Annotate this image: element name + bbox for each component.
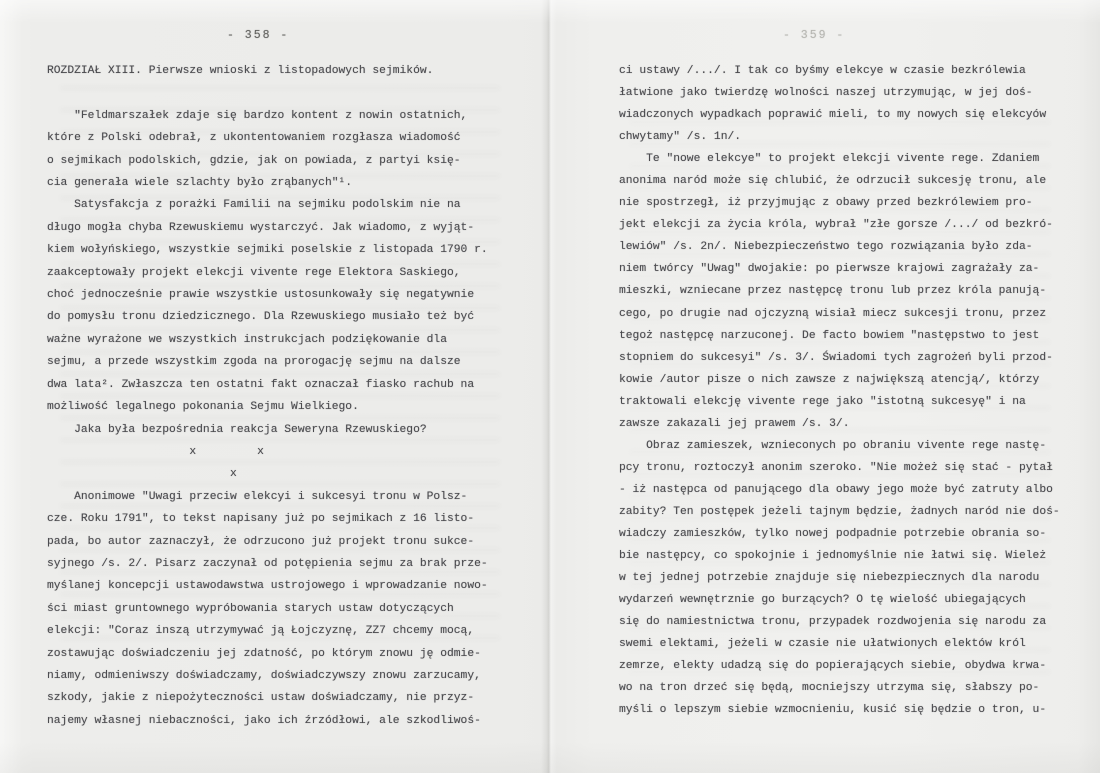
text-line: cze. Roku 1791", to tekst napisany już p… bbox=[47, 508, 488, 530]
book-scan: - 358 - - 359 - ROZDZIAŁ XIII. Pierwsze … bbox=[0, 0, 1100, 773]
text-line: Jaka była bezpośrednia reakcja Seweryna … bbox=[47, 419, 488, 441]
page-number-right: - 359 - bbox=[783, 29, 845, 42]
text-line: się do namiestnictwa tronu, przypadek ro… bbox=[619, 611, 1060, 633]
text-line: Obraz zamieszek, wznieconych po obraniu … bbox=[619, 435, 1060, 457]
text-line: bie następcy, co spokojnie i jednomyślni… bbox=[619, 545, 1060, 567]
text-line: cego, po drugie nad ojczyzną wisiał miec… bbox=[619, 303, 1060, 325]
text-line: do pomysłu tronu dziedzicznego. Dla Rzew… bbox=[47, 306, 488, 328]
text-line: niamy, odmieniwszy doświadczamy, doświad… bbox=[47, 665, 488, 687]
text-line: które z Polski odebrał, z ukontentowanie… bbox=[47, 127, 488, 149]
text-line: kiem wołyńskiego, wszystkie sejmiki pose… bbox=[47, 239, 488, 261]
left-page-text: ROZDZIAŁ XIII. Pierwsze wnioski z listop… bbox=[47, 60, 488, 732]
text-line: tegoż następcę narzuconej. De facto bowi… bbox=[619, 325, 1060, 347]
text-line: wo na tron drzeć się będą, mocniejszy ut… bbox=[619, 677, 1060, 699]
text-line bbox=[47, 82, 488, 104]
text-line: dwa lata². Zwłaszcza ten ostatni fakt oz… bbox=[47, 374, 488, 396]
text-line: x bbox=[47, 463, 488, 485]
text-line: ROZDZIAŁ XIII. Pierwsze wnioski z listop… bbox=[47, 60, 488, 82]
text-line: zaakceptowały projekt elekcji vivente re… bbox=[47, 262, 488, 284]
text-line: Anonimowe "Uwagi przeciw elekcyi i sukce… bbox=[47, 486, 488, 508]
text-line: nie spostrzegł, iż przyjmując z obawy pr… bbox=[619, 192, 1060, 214]
text-line: cia generała wiele szlachty było zrąbany… bbox=[47, 172, 488, 194]
text-line: x x bbox=[47, 441, 488, 463]
text-line: chwytamy" /s. 1n/. bbox=[619, 126, 1060, 148]
text-line: długo mogła chyba Rzewuskiemu wystarczyć… bbox=[47, 217, 488, 239]
text-line: jekt elekcji za życia króla, wybrał "złe… bbox=[619, 214, 1060, 236]
text-line: kowie /autor pisze o nich zawsze z najwi… bbox=[619, 369, 1060, 391]
text-line: wiadczy zamieszków, tylko nowej podpadni… bbox=[619, 523, 1060, 545]
text-line: myśli o lepszym siebie wzmocnieniu, kusi… bbox=[619, 699, 1060, 721]
text-line: o sejmikach podolskich, gdzie, jak on po… bbox=[47, 150, 488, 172]
text-line: pcy tronu, roztoczył anonim szeroko. "Ni… bbox=[619, 457, 1060, 479]
text-line: Te "nowe elekcye" to projekt elekcji viv… bbox=[619, 148, 1060, 170]
text-line: "Feldmarszałek zdaje się bardzo kontent … bbox=[47, 105, 488, 127]
text-line: elekcji: "Coraz inszą utrzymywać ją Łojc… bbox=[47, 620, 488, 642]
text-line: choć jednocześnie prawie wszystkie ustos… bbox=[47, 284, 488, 306]
text-line: stopniem do sukcesyi" /s. 3/. Świadomi t… bbox=[619, 347, 1060, 369]
text-line: myślanej koncepcji ustawodawstwa ustrojo… bbox=[47, 575, 488, 597]
text-line: syjnego /s. 2/. Pisarz zaczynał od potęp… bbox=[47, 553, 488, 575]
text-line: zemrze, elekty udadzą się do popierający… bbox=[619, 655, 1060, 677]
text-line: - iż następca od panującego dla obawy je… bbox=[619, 479, 1060, 501]
text-line: zostawując doświadczeniu jej zdatność, p… bbox=[47, 643, 488, 665]
page-gutter bbox=[541, 0, 557, 773]
text-line: zabity? Ten postępek jeżeli tajnym będzi… bbox=[619, 501, 1060, 523]
right-page-text: ci ustawy /.../. I tak co byśmy elekcye … bbox=[619, 60, 1060, 721]
text-line: traktowali elekcję vivente rege jako "is… bbox=[619, 391, 1060, 413]
text-line: wiadczonych wypadkach poprawić mieli, to… bbox=[619, 104, 1060, 126]
text-line: niem twórcy "Uwag" dwojakie: po pierwsze… bbox=[619, 258, 1060, 280]
text-line: możliwość legalnego pokonania Sejmu Wiel… bbox=[47, 396, 488, 418]
text-line: sejmu, a przede wszystkim zgoda na proro… bbox=[47, 351, 488, 373]
text-line: łatwione jako twierdzę wolności naszej u… bbox=[619, 82, 1060, 104]
text-line: szkody, jakie z niepożyteczności ustaw d… bbox=[47, 687, 488, 709]
page-number-left: - 358 - bbox=[227, 29, 289, 42]
text-line: w tej jednej potrzebie znajduje się nieb… bbox=[619, 567, 1060, 589]
text-line: Satysfakcja z porażki Familii na sejmiku… bbox=[47, 194, 488, 216]
text-line: ważne wyrażone we wszystkich instrukcjac… bbox=[47, 329, 488, 351]
text-line: anonima naród może się chlubić, że odrzu… bbox=[619, 170, 1060, 192]
text-line: wydarzeń wewnętrznie go burzących? O tę … bbox=[619, 589, 1060, 611]
text-line: zawsze zakazali jej prawem /s. 3/. bbox=[619, 413, 1060, 435]
text-line: mieszki, wzniecane przez następcę tronu … bbox=[619, 280, 1060, 302]
text-line: ści miast gruntownego wypróbowania stary… bbox=[47, 598, 488, 620]
text-line: lewiów" /s. 2n/. Niebezpieczeństwo tego … bbox=[619, 236, 1060, 258]
text-line: najemy własnej niebaczności, jako ich źr… bbox=[47, 710, 488, 732]
text-line: pada, bo autor zaznaczył, że odrzucono j… bbox=[47, 531, 488, 553]
text-line: swemi elektami, jeżeli w czasie nie ułat… bbox=[619, 633, 1060, 655]
text-line: ci ustawy /.../. I tak co byśmy elekcye … bbox=[619, 60, 1060, 82]
